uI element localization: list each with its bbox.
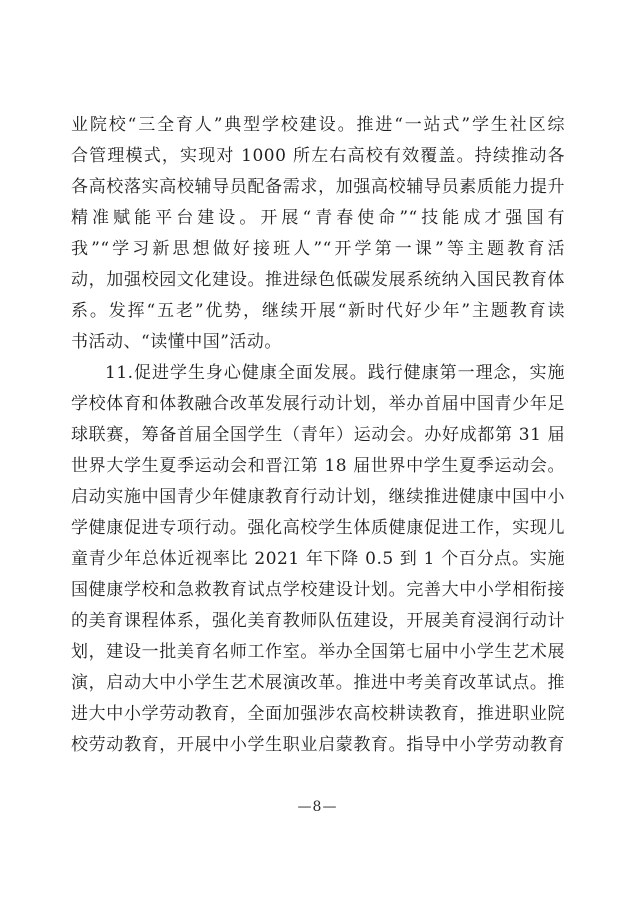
text-line: 业院校“三全育人”典型学校建设。推进“一站式”学生社区综 (71, 110, 565, 141)
text-line: 合管理模式，实现对 1000 所左右高校有效覆盖。持续推动各地 (71, 141, 565, 172)
text-line: 动，加强校园文化建设。推进绿色低碳发展系统纳入国民教育体 (71, 265, 565, 296)
text-line: 各高校落实高校辅导员配备需求，加强高校辅导员素质能力提升 (71, 172, 565, 203)
text-line: 系。发挥“五老”优势，继续开展“新时代好少年”主题教育读 (71, 296, 565, 327)
text-line: 校劳动教育，开展中小学生职业启蒙教育。指导中小学劳动教育 (71, 730, 565, 761)
document-page: 业院校“三全育人”典型学校建设。推进“一站式”学生社区综 合管理模式，实现对 1… (0, 0, 635, 898)
text-line: 划，建设一批美育名师工作室。举办全国第七届中小学生艺术展 (71, 637, 565, 668)
text-line: 演，启动大中小学生艺术展演改革。推进中考美育改革试点。推 (71, 668, 565, 699)
text-line paragraph-start: 11.促进学生身心健康全面发展。践行健康第一理念，实施 (71, 358, 565, 389)
text-line: 启动实施中国青少年健康教育行动计划，继续推进健康中国中小 (71, 482, 565, 513)
text-line: 球联赛，筹备首届全国学生（青年）运动会。办好成都第 31 届 (71, 420, 565, 451)
page-footer: —8— (0, 796, 635, 815)
text-line: 学健康促进专项行动。强化高校学生体质健康促进工作，实现儿 (71, 513, 565, 544)
text-line: 世界大学生夏季运动会和晋江第 18 届世界中学生夏季运动会。 (71, 451, 565, 482)
text-line: 学校体育和体教融合改革发展行动计划，举办首届中国青少年足 (71, 389, 565, 420)
page-number: —8— (298, 799, 338, 815)
text-line paragraph-end: 书活动、“读懂中国”活动。 (71, 327, 565, 358)
body-text: 业院校“三全育人”典型学校建设。推进“一站式”学生社区综 合管理模式，实现对 1… (71, 110, 565, 761)
text-line: 进大中小学劳动教育，全面加强涉农高校耕读教育，推进职业院 (71, 699, 565, 730)
text-line: 国健康学校和急救教育试点学校建设计划。完善大中小学相衔接 (71, 575, 565, 606)
text-line: 的美育课程体系，强化美育教师队伍建设，开展美育浸润行动计 (71, 606, 565, 637)
text-line: 我”“学习新思想做好接班人”“开学第一课”等主题教育活 (71, 234, 565, 265)
text-line: 精准赋能平台建设。开展“青春使命”“技能成才强国有 (71, 203, 565, 234)
text-line: 童青少年总体近视率比 2021 年下降 0.5 到 1 个百分点。实施全 (71, 544, 565, 575)
